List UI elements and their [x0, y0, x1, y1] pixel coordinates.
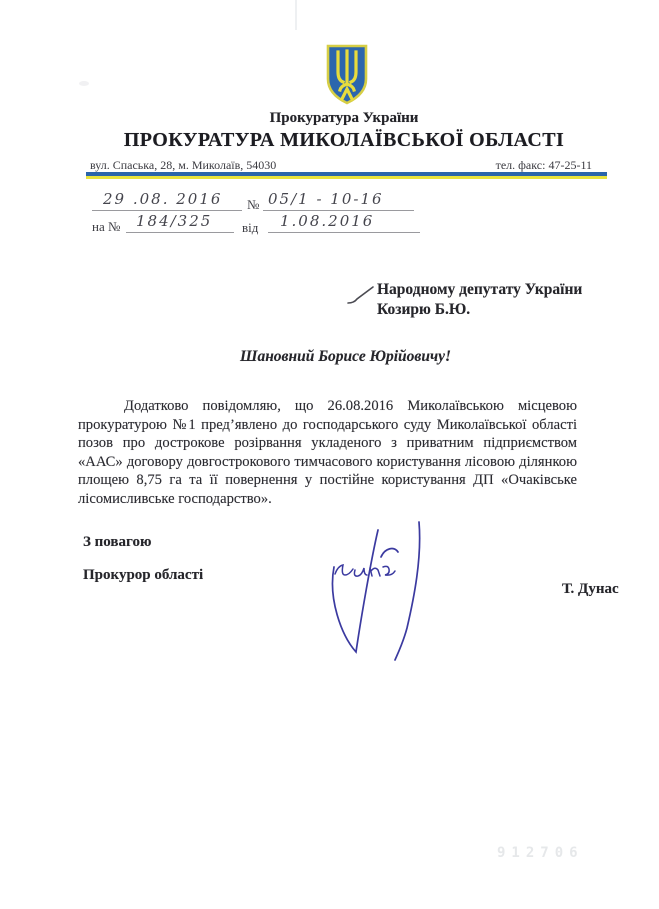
- signer-name: Т. Дунас: [562, 581, 619, 598]
- handwritten-outgoing-number: 05/1 - 10-16: [268, 190, 384, 208]
- handwritten-date: 29 .08. 2016: [103, 190, 222, 208]
- number-label: №: [247, 197, 259, 213]
- handwritten-signature-ink: [295, 500, 455, 675]
- header-contact-row: вул. Спаська, 28, м. Миколаїв, 54030 тел…: [90, 158, 592, 173]
- body-line: «ААС» договору довгострокового тимчасово…: [78, 453, 577, 472]
- scan-smudge-artifact: [79, 81, 89, 86]
- org-address: вул. Спаська, 28, м. Миколаїв, 54030: [90, 158, 276, 173]
- org-parent-title: Прокуратура України: [88, 110, 600, 127]
- signer-position: Прокурор області: [83, 567, 203, 584]
- addressee-block: Народному депутату України Козирю Б.Ю.: [377, 280, 607, 319]
- body-line: Додатково повідомляю, що 26.08.2016 Мико…: [78, 397, 577, 416]
- scan-fold-artifact: [295, 0, 297, 30]
- pen-check-mark-icon: [346, 284, 376, 306]
- handwritten-reply-date: 1.08.2016: [280, 212, 374, 230]
- body-line: позов про дострокове розірвання укладено…: [78, 434, 577, 453]
- body-line: прокуратурою №1 пред’явлено до господарс…: [78, 416, 577, 435]
- org-phone-fax: тел. факс: 47-25-11: [496, 158, 592, 173]
- body-line: площею 8,75 га та її повернення у постій…: [78, 471, 577, 490]
- date-underline: [92, 209, 242, 211]
- org-main-title: ПРОКУРАТУРА МИКОЛАЇВСЬКОЇ ОБЛАСТІ: [56, 129, 632, 152]
- addressee-line1: Народному депутату України: [377, 280, 607, 300]
- from-date-label: від: [242, 220, 258, 236]
- number-underline: [263, 209, 414, 211]
- salutation: Шановний Борисе Юрійовичу!: [240, 348, 451, 366]
- handwritten-reply-number: 184/325: [136, 212, 212, 230]
- addressee-line2: Козирю Б.Ю.: [377, 300, 607, 320]
- ukraine-flag-stripe: [86, 172, 607, 179]
- from-date-underline: [268, 231, 420, 233]
- regards-line: З повагою: [83, 534, 151, 551]
- reply-to-label: на №: [92, 219, 120, 235]
- scanned-letter-page: Прокуратура України ПРОКУРАТУРА МИКОЛАЇВ…: [0, 0, 659, 909]
- faint-scan-number: 912706: [497, 845, 584, 861]
- trident-emblem-icon: [325, 43, 369, 106]
- letter-body: Додатково повідомляю, що 26.08.2016 Мико…: [78, 397, 577, 508]
- reply-underline: [126, 231, 234, 233]
